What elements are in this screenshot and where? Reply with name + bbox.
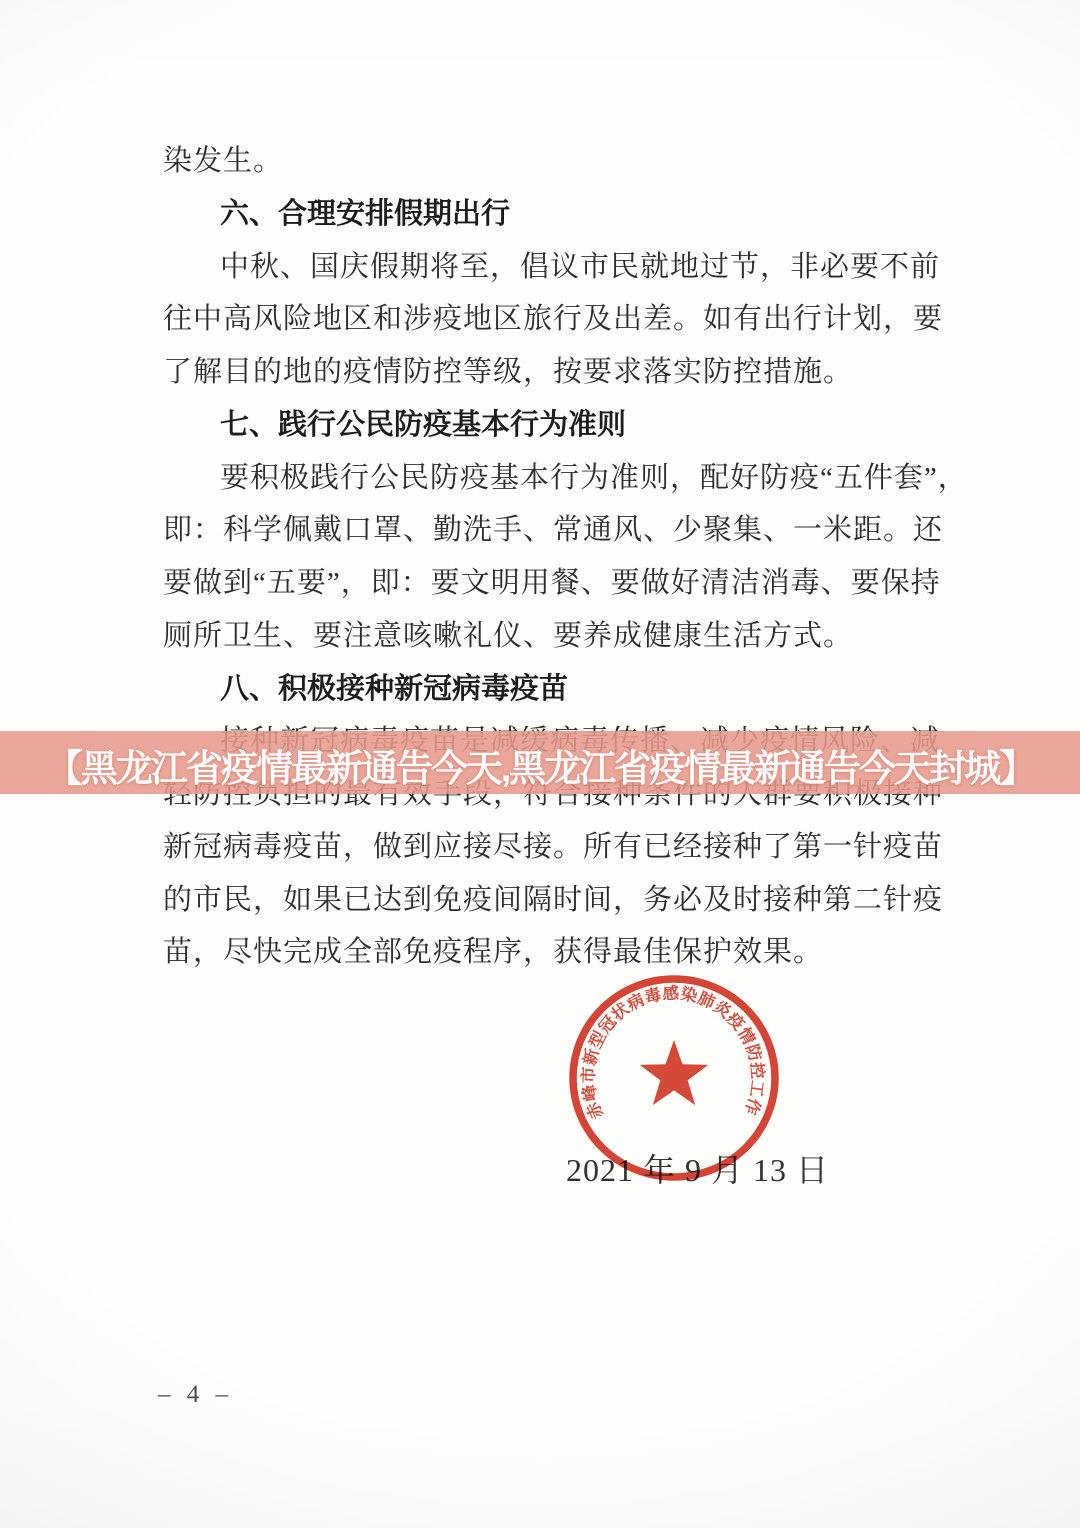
doc-line: 新冠病毒疫苗，做到应接尽接。所有已经接种了第一针疫苗: [163, 821, 925, 874]
doc-line: 染发生。: [163, 135, 925, 188]
doc-line: 中秋、国庆假期将至，倡议市民就地过节，非必要不前: [163, 241, 925, 294]
watermark-banner-text: 【黑龙江省疫情最新通告今天,黑龙江省疫情最新通告今天封城】: [46, 734, 1034, 792]
page-number: – 4 –: [158, 1381, 233, 1409]
watermark-banner: 【黑龙江省疫情最新通告今天,黑龙江省疫情最新通告今天封城】: [0, 731, 1080, 794]
seal-star-icon: [640, 1040, 708, 1105]
document-text-block: 染发生。 六、合理安排假期出行 中秋、国庆假期将至，倡议市民就地过节，非必要不前…: [163, 135, 925, 979]
section-heading-8: 八、积极接种新冠病毒疫苗: [163, 663, 925, 716]
seal-ring-text: 赤峰市新型冠状病毒感染肺炎疫情防控工作指挥部办公室: [563, 972, 768, 1122]
doc-line: 要积极践行公民防疫基本行为准则，配好防疫“五件套”，: [163, 452, 925, 505]
doc-line: 即：科学佩戴口罩、勤洗手、常通风、少聚集、一米距。还: [163, 504, 925, 557]
doc-line: 苗，尽快完成全部免疫程序，获得最佳保护效果。: [163, 926, 925, 979]
section-heading-6: 六、合理安排假期出行: [163, 188, 925, 241]
scanned-document-page: 染发生。 六、合理安排假期出行 中秋、国庆假期将至，倡议市民就地过节，非必要不前…: [0, 0, 1080, 1528]
section-heading-7: 七、践行公民防疫基本行为准则: [163, 399, 925, 452]
doc-line: 了解目的地的疫情防控等级，按要求落实防控措施。: [163, 346, 925, 399]
doc-line: 厕所卫生、要注意咳嗽礼仪、要养成健康生活方式。: [163, 610, 925, 663]
doc-line: 要做到“五要”，即：要文明用餐、要做好清洁消毒、要保持: [163, 557, 925, 610]
doc-line: 的市民，如果已达到免疫间隔时间，务必及时接种第二针疫: [163, 874, 925, 927]
official-seal-stamp: 赤峰市新型冠状病毒感染肺炎疫情防控工作指挥部办公室: [563, 972, 785, 1186]
doc-line: 往中高风险地区和涉疫地区旅行及出差。如有出行计划，要: [163, 293, 925, 346]
